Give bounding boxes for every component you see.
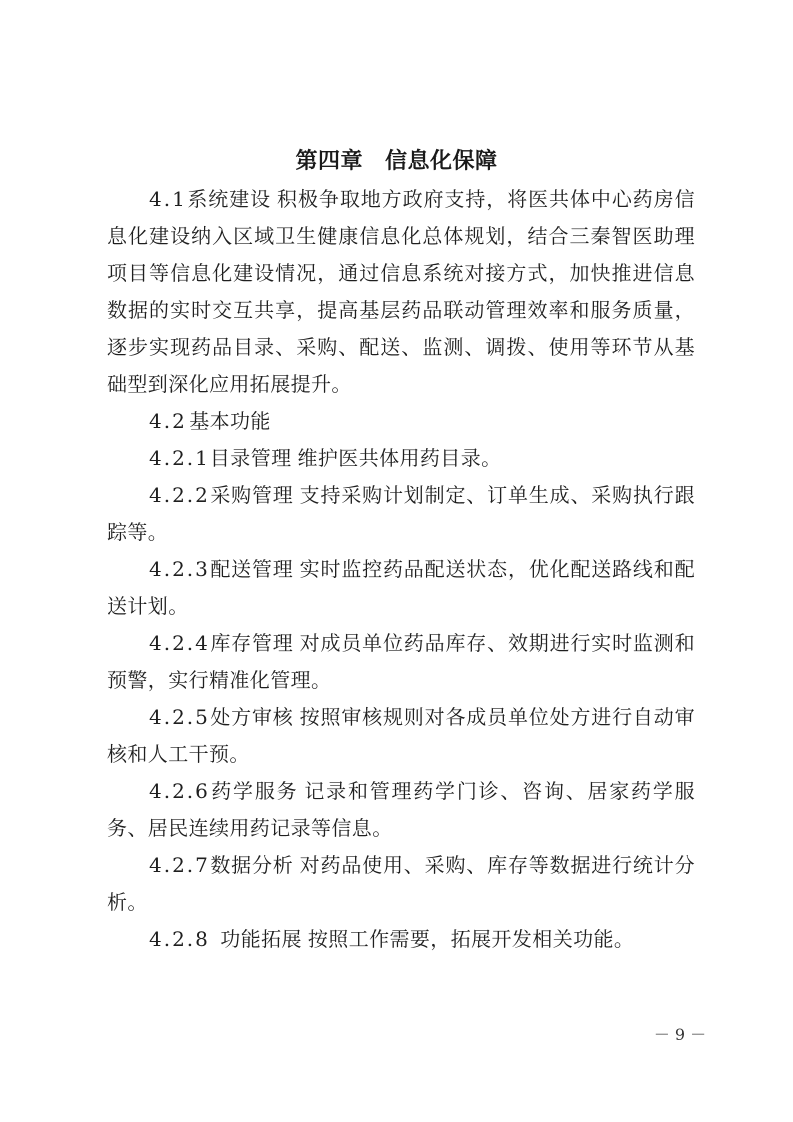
chapter-name: 信息化保障 xyxy=(385,149,498,174)
section-text: 按照工作需要，拓展开发相关功能。 xyxy=(308,927,634,951)
section-number: 4.2.7 xyxy=(149,853,210,877)
document-page: 第四章信息化保障 4.1系统建设积极争取地方政府支持，将医共体中心药房信息化建设… xyxy=(0,0,793,1122)
section-heading: 配送管理 xyxy=(210,557,294,581)
section-4-2-3: 4.2.3配送管理实时监控药品配送状态，优化配送路线和配送计划。 xyxy=(107,551,695,625)
section-heading: 库存管理 xyxy=(210,631,294,655)
page-number: － 9 － xyxy=(650,1022,710,1045)
section-heading: 采购管理 xyxy=(210,483,294,507)
chapter-title: 第四章信息化保障 xyxy=(0,146,793,178)
section-4-2-1: 4.2.1目录管理维护医共体用药目录。 xyxy=(107,440,695,477)
chapter-number: 第四章 xyxy=(295,149,363,174)
section-text: 积极争取地方政府支持，将医共体中心药房信息化建设纳入区域卫生健康信息化总体规划，… xyxy=(107,187,695,396)
section-heading: 处方审核 xyxy=(210,705,294,729)
section-4-2-8: 4.2.8 功能拓展按照工作需要，拓展开发相关功能。 xyxy=(107,921,695,958)
section-heading: 系统建设 xyxy=(187,187,271,211)
section-heading: 基本功能 xyxy=(189,409,271,433)
section-number: 4.2.5 xyxy=(149,705,210,729)
section-heading: 功能拓展 xyxy=(220,927,302,951)
section-4-2-7: 4.2.7数据分析对药品使用、采购、库存等数据进行统计分析。 xyxy=(107,847,695,921)
section-4-2-5: 4.2.5处方审核按照审核规则对各成员单位处方进行自动审核和人工干预。 xyxy=(107,699,695,773)
section-4-2-6: 4.2.6药学服务记录和管理药学门诊、咨询、居家药学服务、居民连续用药记录等信息… xyxy=(107,773,695,847)
section-number: 4.2.3 xyxy=(149,557,210,581)
section-heading: 目录管理 xyxy=(210,446,292,470)
section-heading: 数据分析 xyxy=(210,853,294,877)
section-4-2: 4.2 基本功能 xyxy=(107,403,695,440)
section-number: 4.2.2 xyxy=(149,483,210,507)
section-number: 4.2.8 xyxy=(149,927,210,951)
section-heading: 药学服务 xyxy=(210,779,299,803)
section-4-2-4: 4.2.4库存管理对成员单位药品库存、效期进行实时监测和预警，实行精准化管理。 xyxy=(107,625,695,699)
section-text: 维护医共体用药目录。 xyxy=(298,446,502,470)
section-4-2-2: 4.2.2采购管理支持采购计划制定、订单生成、采购执行跟踪等。 xyxy=(107,477,695,551)
section-number: 4.1 xyxy=(149,187,187,211)
section-4-1: 4.1系统建设积极争取地方政府支持，将医共体中心药房信息化建设纳入区域卫生健康信… xyxy=(107,181,695,403)
section-number: 4.2.6 xyxy=(149,779,210,803)
section-number: 4.2 xyxy=(149,409,187,433)
section-number: 4.2.4 xyxy=(149,631,210,655)
document-body: 4.1系统建设积极争取地方政府支持，将医共体中心药房信息化建设纳入区域卫生健康信… xyxy=(107,181,695,958)
section-number: 4.2.1 xyxy=(149,446,210,470)
